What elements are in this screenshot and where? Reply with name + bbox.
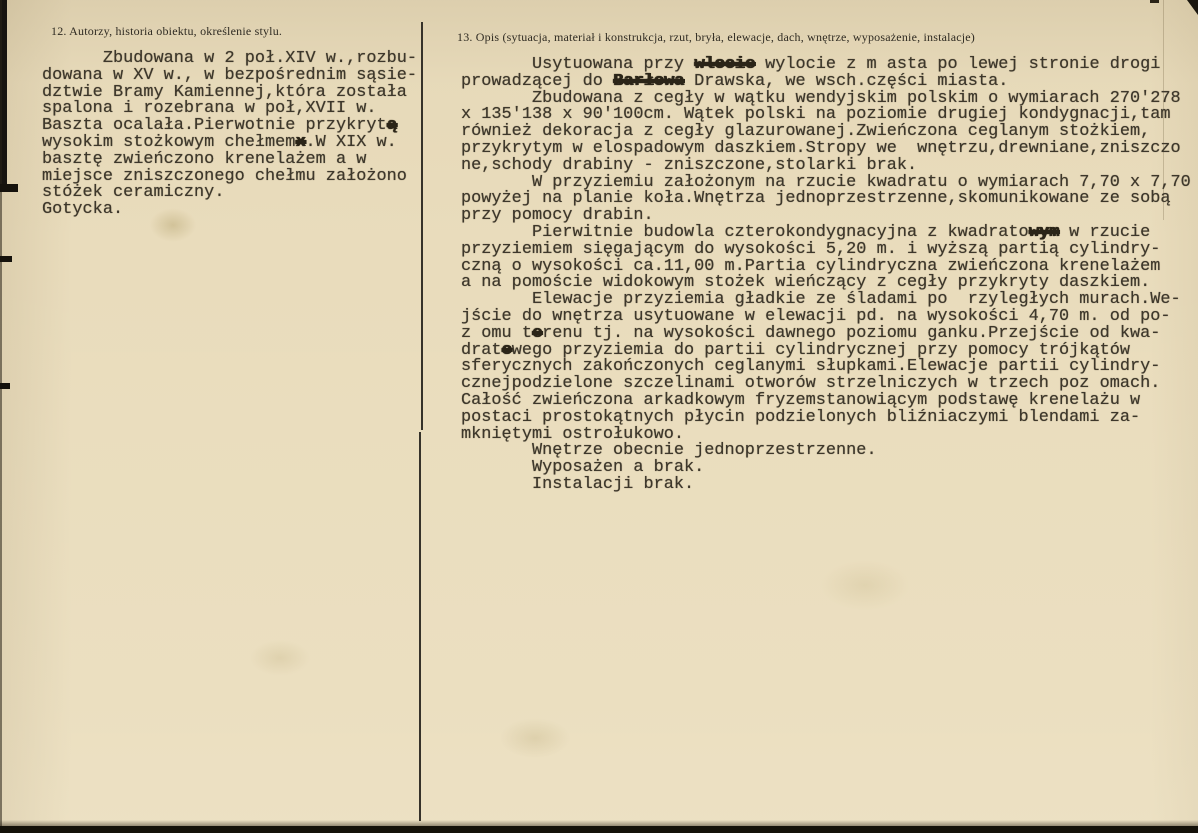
scan-edge-tick bbox=[0, 383, 10, 389]
scan-speck bbox=[1150, 0, 1159, 3]
section-13-heading: 13. Opis (sytuacja, materiał i konstrukc… bbox=[457, 30, 975, 45]
paper-stain bbox=[250, 640, 310, 676]
paragraph: Zbudowana w 2 poł.XIV w.,rozbu-dowana w … bbox=[42, 51, 426, 219]
text-line: Gotycka. bbox=[42, 202, 426, 219]
scan-edge-left-line bbox=[0, 0, 2, 833]
text-line: Instalacji brak. bbox=[461, 477, 1198, 494]
section-12-heading: 12. Autorzy, historia obiektu, określeni… bbox=[51, 24, 282, 39]
paper-stain bbox=[820, 560, 910, 610]
section-13-typed-text: Usytuowana przy wlocie wylocie z m asta … bbox=[461, 57, 1198, 494]
scan-corner-mark bbox=[1187, 0, 1198, 15]
paper-stain bbox=[500, 718, 570, 758]
paragraph: Wnętrze obecnie jednoprzestrzenne. Wypos… bbox=[461, 443, 1198, 493]
paragraph: Pierwitnie budowla czterokondygnacyjna z… bbox=[461, 225, 1198, 292]
scan-edge-tick bbox=[0, 184, 18, 192]
scan-edge-tick bbox=[0, 256, 12, 262]
section-12-typed-text: Zbudowana w 2 poł.XIV w.,rozbu-dowana w … bbox=[42, 51, 426, 219]
scan-edge-bottom bbox=[0, 826, 1198, 833]
paragraph: W przyziemiu założonym na rzucie kwadrat… bbox=[461, 175, 1198, 225]
scanned-document-page: { "colors":{ "paper":"#e9dcbc", "ink":"#… bbox=[0, 0, 1198, 833]
paragraph: Elewacje przyziemia gładkie ze śladami p… bbox=[461, 292, 1198, 443]
paragraph: Zbudowana z cegły w wątku wendyjskim pol… bbox=[461, 91, 1198, 175]
column-divider bbox=[419, 432, 421, 821]
paragraph: Usytuowana przy wlocie wylocie z m asta … bbox=[461, 57, 1198, 91]
